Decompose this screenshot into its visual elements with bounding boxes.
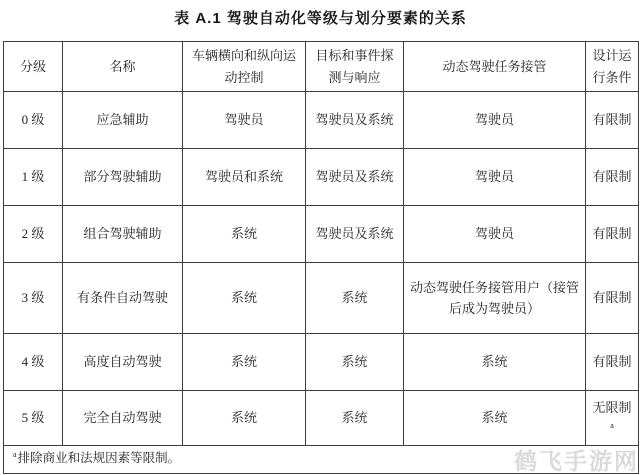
cell-motion-control: 驾驶员和系统 xyxy=(183,149,306,206)
cell-task-takeover: 驾驶员 xyxy=(404,92,586,149)
cell-design-condition: 有限制 xyxy=(586,206,639,263)
superscript-note-marker: a xyxy=(610,421,614,430)
cell-design-condition: 无限制a xyxy=(586,391,639,446)
table-footnote: a排除商业和法规因素等限制。 xyxy=(4,446,639,474)
cell-object-detection: 系统 xyxy=(306,334,404,391)
cell-level: 1 级 xyxy=(4,149,63,206)
footnote-text: 排除商业和法规因素等限制。 xyxy=(18,451,181,465)
col-header-object-detection: 目标和事件探测与响应 xyxy=(306,42,404,92)
cell-design-condition: 有限制 xyxy=(586,263,639,334)
superscript-note-marker: a xyxy=(13,450,17,459)
table-row-level-4: 4 级 高度自动驾驶 系统 系统 系统 有限制 xyxy=(4,334,639,391)
cell-motion-control: 系统 xyxy=(183,206,306,263)
driving-automation-levels-table: 分级 名称 车辆横向和纵向运动控制 目标和事件探测与响应 动态驾驶任务接管 设计… xyxy=(3,41,639,474)
cell-motion-control: 驾驶员 xyxy=(183,92,306,149)
cell-object-detection: 系统 xyxy=(306,263,404,334)
cell-level: 3 级 xyxy=(4,263,63,334)
cell-level: 5 级 xyxy=(4,391,63,446)
cell-object-detection: 驾驶员及系统 xyxy=(306,149,404,206)
cell-motion-control: 系统 xyxy=(183,263,306,334)
col-header-design-condition: 设计运行条件 xyxy=(586,42,639,92)
col-header-motion-control: 车辆横向和纵向运动控制 xyxy=(183,42,306,92)
col-header-task-takeover: 动态驾驶任务接管 xyxy=(404,42,586,92)
cell-level: 4 级 xyxy=(4,334,63,391)
cell-name: 高度自动驾驶 xyxy=(63,334,183,391)
cell-object-detection: 驾驶员及系统 xyxy=(306,92,404,149)
col-header-name: 名称 xyxy=(63,42,183,92)
col-header-level: 分级 xyxy=(4,42,63,92)
cell-name: 有条件自动驾驶 xyxy=(63,263,183,334)
table-row-level-3: 3 级 有条件自动驾驶 系统 系统 动态驾驶任务接管用户（接管后成为驾驶员） 有… xyxy=(4,263,639,334)
header-row: 分级 名称 车辆横向和纵向运动控制 目标和事件探测与响应 动态驾驶任务接管 设计… xyxy=(4,42,639,92)
table-row-level-0: 0 级 应急辅助 驾驶员 驾驶员及系统 驾驶员 有限制 xyxy=(4,92,639,149)
cell-motion-control: 系统 xyxy=(183,391,306,446)
cell-design-condition: 有限制 xyxy=(586,334,639,391)
cell-level: 0 级 xyxy=(4,92,63,149)
cell-task-takeover: 系统 xyxy=(404,391,586,446)
cell-task-takeover: 驾驶员 xyxy=(404,149,586,206)
cell-name: 应急辅助 xyxy=(63,92,183,149)
cell-design-condition: 有限制 xyxy=(586,149,639,206)
cell-design-condition: 有限制 xyxy=(586,92,639,149)
cell-object-detection: 系统 xyxy=(306,391,404,446)
table-row-level-5: 5 级 完全自动驾驶 系统 系统 系统 无限制a xyxy=(4,391,639,446)
cell-object-detection: 驾驶员及系统 xyxy=(306,206,404,263)
cell-task-takeover: 驾驶员 xyxy=(404,206,586,263)
cell-design-condition-text: 无限制 xyxy=(592,400,631,415)
cell-name: 部分驾驶辅助 xyxy=(63,149,183,206)
table-row-level-1: 1 级 部分驾驶辅助 驾驶员和系统 驾驶员及系统 驾驶员 有限制 xyxy=(4,149,639,206)
cell-motion-control: 系统 xyxy=(183,334,306,391)
table-caption: 表 A.1 驾驶自动化等级与划分要素的关系 xyxy=(0,7,641,28)
cell-name: 组合驾驶辅助 xyxy=(63,206,183,263)
cell-name: 完全自动驾驶 xyxy=(63,391,183,446)
table-row-level-2: 2 级 组合驾驶辅助 系统 驾驶员及系统 驾驶员 有限制 xyxy=(4,206,639,263)
cell-task-takeover: 动态驾驶任务接管用户（接管后成为驾驶员） xyxy=(404,263,586,334)
footnote-row: a排除商业和法规因素等限制。 xyxy=(4,446,639,474)
cell-level: 2 级 xyxy=(4,206,63,263)
cell-task-takeover: 系统 xyxy=(404,334,586,391)
